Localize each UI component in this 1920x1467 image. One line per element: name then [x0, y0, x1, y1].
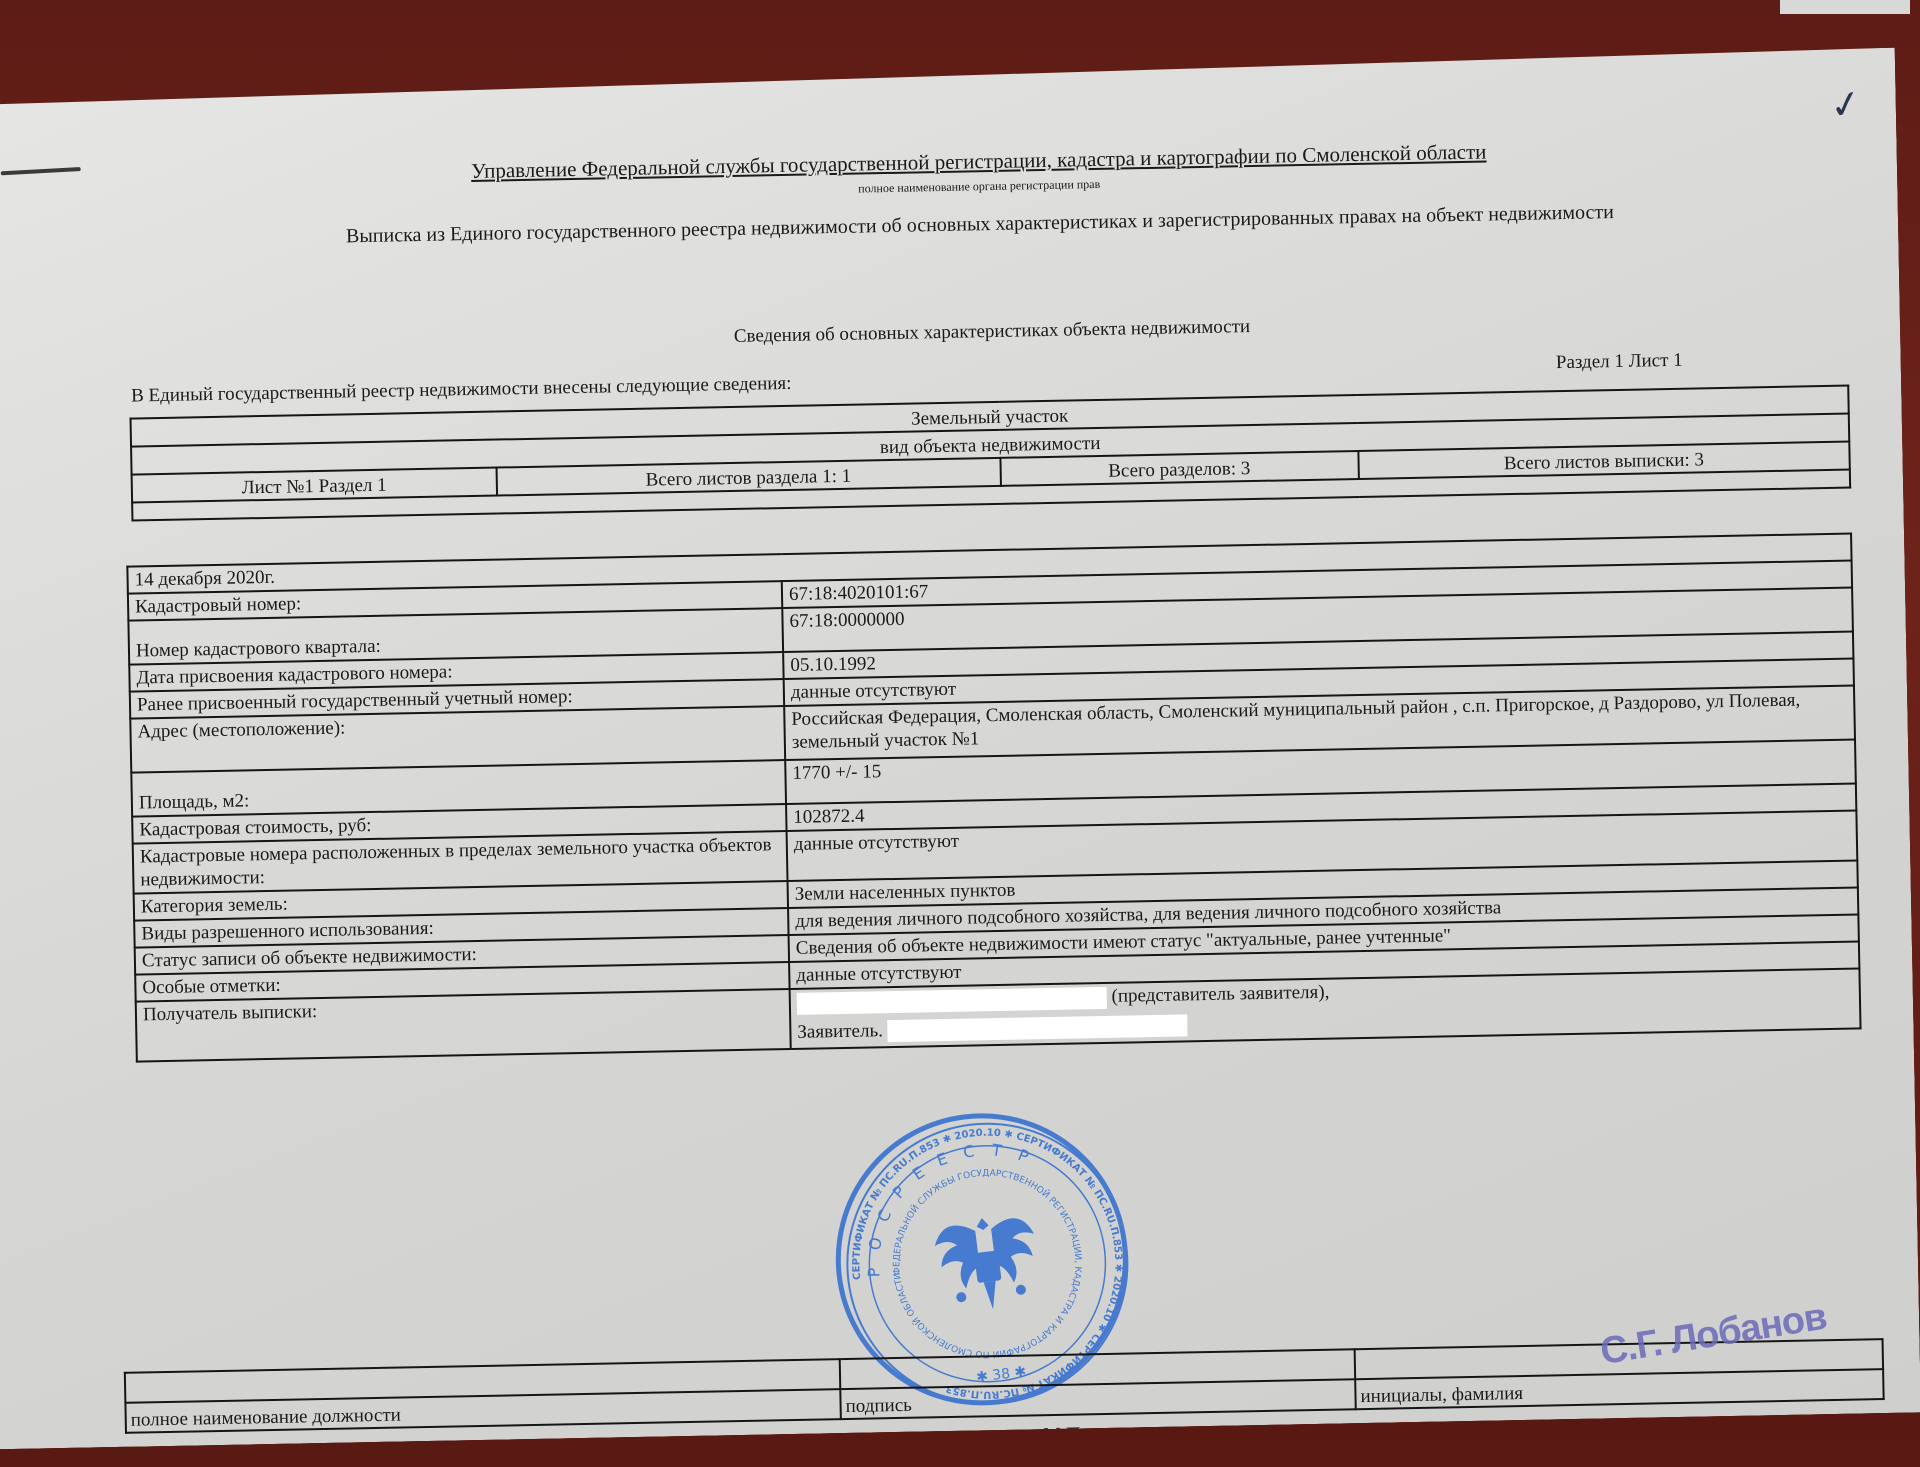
intro-text: В Единый государственный реестр недвижим… — [131, 373, 792, 408]
redacted-applicant — [887, 1015, 1187, 1043]
applicant-prefix: Заявитель. — [797, 1020, 883, 1043]
object-header-table: Земельный участок вид объекта недвижимос… — [129, 385, 1851, 522]
redacted-representative — [797, 987, 1107, 1015]
underlying-sheet — [1780, 0, 1910, 14]
section-reference: Раздел 1 Лист 1 — [1556, 350, 1683, 374]
extract-title: Выписка из Единого государственного реес… — [240, 199, 1720, 250]
staple-mark — [1, 167, 81, 175]
characteristics-table: 14 декабря 2020г. Кадастровый номер: 67:… — [126, 533, 1861, 1063]
section-heading: Сведения об основных характеристиках объ… — [552, 313, 1432, 352]
checkmark-icon: ✓ — [1826, 80, 1866, 129]
representative-suffix: (представитель заявителя), — [1111, 982, 1329, 1007]
recipient-label: Получатель выписки: — [136, 989, 791, 1062]
document-sheet: ✓ Управление Федеральной службы государс… — [0, 48, 1920, 1440]
